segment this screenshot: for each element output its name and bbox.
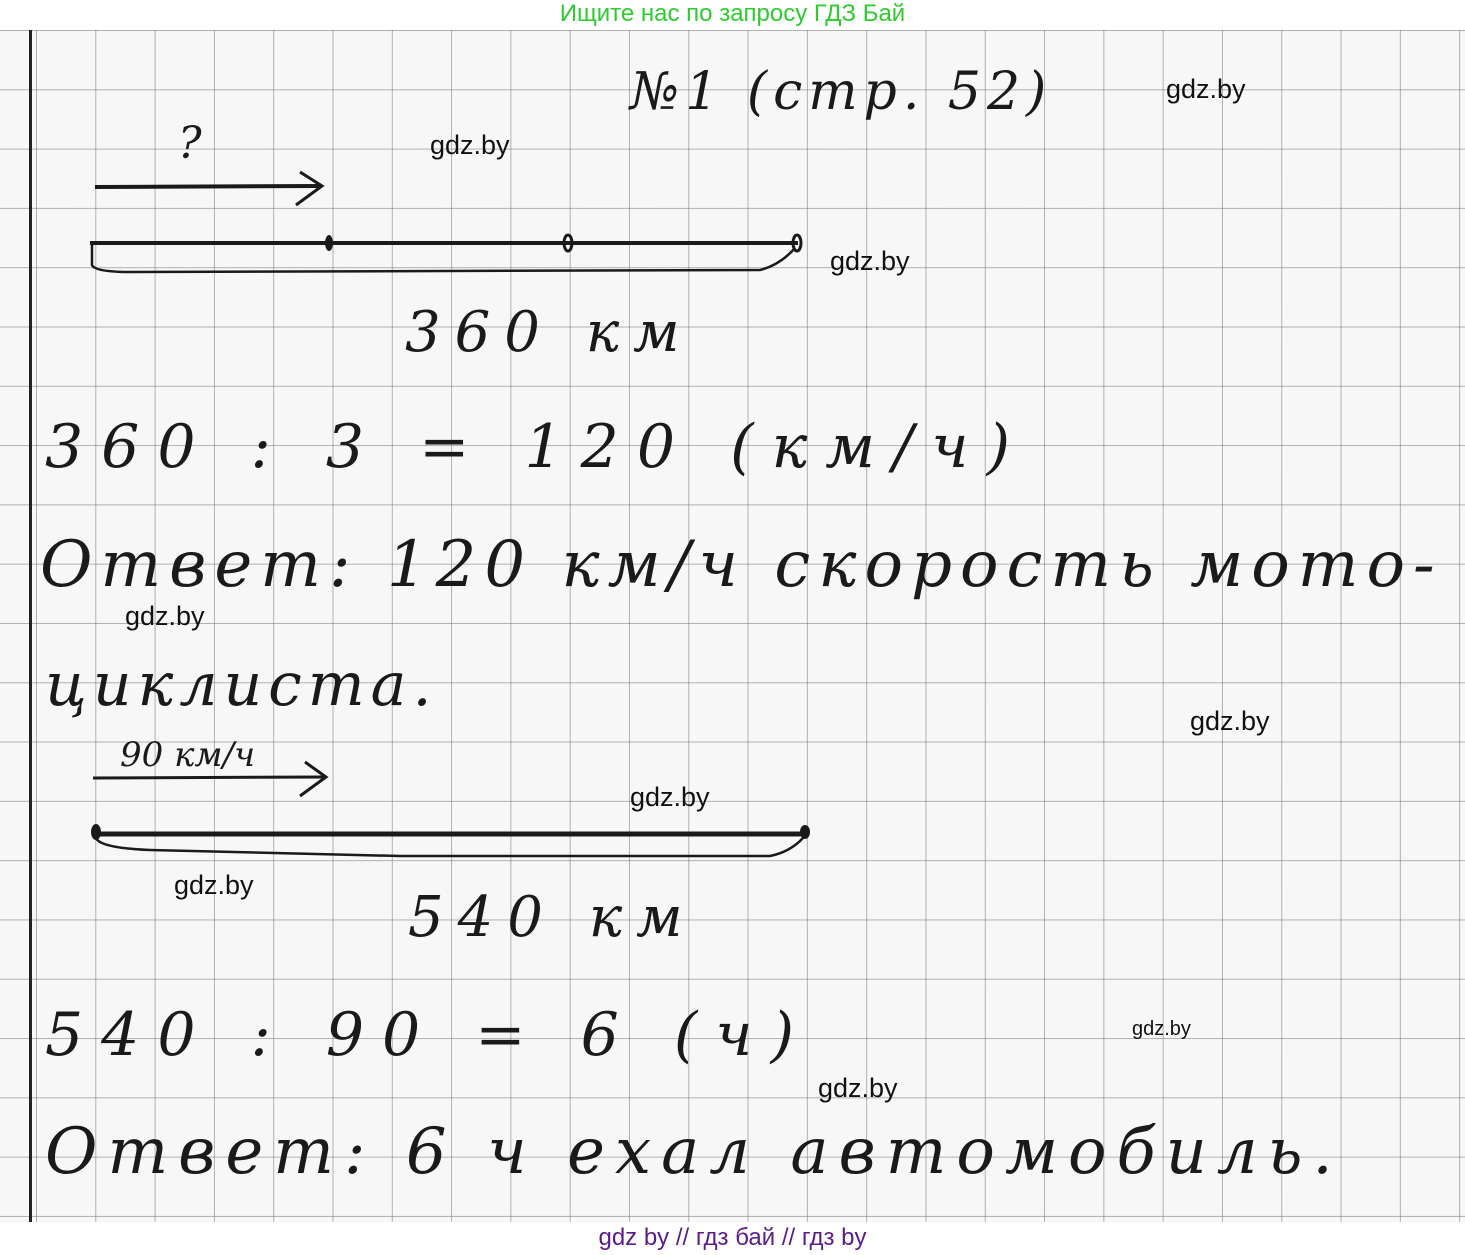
site-footer-banner: gdz by // гдз бай // гдз by <box>0 1222 1465 1254</box>
watermark: gdz.by <box>630 782 710 813</box>
total-distance-2: 540 км <box>408 885 697 950</box>
watermark: gdz.by <box>125 601 205 632</box>
watermark: gdz.by <box>818 1073 898 1104</box>
answer-1-line-2: циклиста. <box>45 650 438 720</box>
watermark: gdz.by <box>430 130 510 161</box>
watermark: gdz.by <box>830 246 910 277</box>
watermark: gdz.by <box>174 870 254 901</box>
watermark: gdz.by <box>1166 74 1246 105</box>
watermark: gdz.by <box>1190 706 1270 737</box>
equation-2: 540 : 90 = 6 (ч) <box>45 1000 812 1070</box>
answer-1-line-1: Ответ: 120 км/ч скорость мото- <box>40 528 1443 602</box>
speed-label-2: 90 км/ч <box>120 735 255 775</box>
equation-1: 360 : 3 = 120 (км/ч) <box>45 412 1028 482</box>
watermark: gdz.by <box>1132 1018 1191 1041</box>
answer-2: Ответ: 6 ч ехал автомобиль. <box>45 1115 1343 1189</box>
total-distance-1: 360 км <box>405 300 694 365</box>
